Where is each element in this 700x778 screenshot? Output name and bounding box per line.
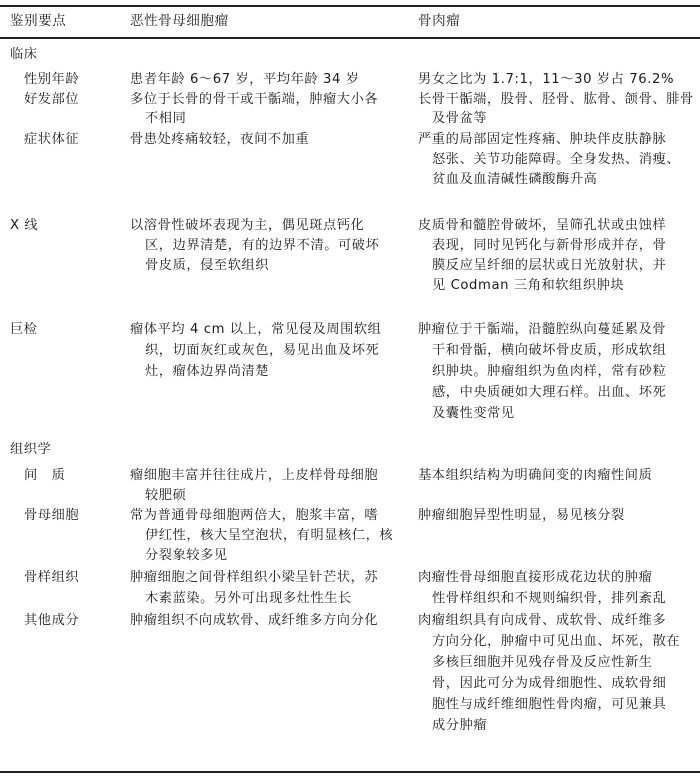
header-criteria: 鉴别要点	[10, 13, 66, 30]
cell-text: 木素蓝染。另外可出现多灶性生长	[145, 590, 352, 607]
cell-text: 区，边界清楚，有的边界不清。可破坏	[145, 237, 379, 254]
row-label: 性别年龄	[24, 71, 79, 88]
cell-text: 骨患处疼痛较轻，夜间不加重	[130, 131, 309, 148]
cell-text: 织，切面灰红或灰色，易见出血及坏死	[145, 342, 379, 359]
cell-text: 瘤体平均 4 cm 以上，常见侵及周围软组	[130, 321, 381, 338]
row-label: 好发部位	[24, 91, 79, 108]
cell-text: 多核巨细胞并见残存骨及反应性新生	[432, 654, 653, 671]
cell-text: 表现，同时见钙化与新骨形成并存，骨	[432, 237, 666, 254]
section-title: X 线	[10, 217, 38, 234]
cell-text: 肉瘤性骨母细胞直接形成花边状的肿瘤	[418, 569, 652, 586]
cell-text: 较肥硕	[145, 487, 186, 504]
row-label: 骨样组织	[24, 569, 79, 586]
cell-text: 灶，瘤体边界尚清楚	[145, 363, 269, 380]
cell-text: 骨，因此可分为成骨细胞性、成软骨细	[432, 675, 666, 692]
cell-text: 以溶骨性破坏表现为主，偶见斑点钙化	[130, 217, 364, 234]
cell-text: 见 Codman 三角和软组织肿块	[432, 277, 624, 294]
table-top-rule	[0, 5, 700, 7]
header-malignant-osteoblastoma: 恶性骨母细胞瘤	[130, 13, 229, 30]
cell-text: 方向分化，肿瘤中可见出血、坏死，散在	[432, 633, 680, 650]
row-label: 症状体征	[24, 131, 79, 148]
cell-text: 贫血及血清碱性磷酸酶升高	[432, 171, 597, 188]
cell-text: 肿瘤位于干骺端，沿髓腔纵向蔓延累及骨	[418, 321, 666, 338]
cell-text: 怒张、关节功能障碍。全身发热、消瘦、	[432, 151, 680, 168]
cell-text: 肿瘤组织不向成软骨、成纤维多方向分化	[130, 612, 378, 629]
cell-text: 肉瘤组织具有向成骨、成软骨、成纤维多	[418, 612, 666, 629]
header-osteosarcoma: 骨肉瘤	[418, 13, 460, 30]
cell-text: 肿瘤细胞异型性明显，易见核分裂	[418, 507, 625, 524]
cell-text: 严重的局部固定性疼痛、肿块伴皮肤静脉	[418, 131, 666, 148]
cell-text: 伊红性，核大呈空泡状，有明显核仁，核	[145, 527, 393, 544]
row-label: 骨母细胞	[24, 507, 79, 524]
section-title: 临床	[10, 46, 38, 63]
row-label: 间 质	[24, 467, 65, 484]
cell-text: 男女之比为 1.7:1，11～30 岁占 76.2%	[418, 71, 674, 88]
table-bottom-rule	[0, 771, 700, 773]
cell-text: 长骨干骺端，股骨、胫骨、肱骨、颌骨、腓骨	[418, 91, 694, 108]
cell-text: 常为普通骨母细胞两倍大，胞浆丰富，嗜	[130, 507, 378, 524]
cell-text: 肿瘤细胞之间骨样组织小梁呈针芒状，苏	[130, 569, 378, 586]
section-title: 巨检	[10, 321, 38, 338]
row-label: 其他成分	[24, 612, 79, 629]
cell-text: 分裂象较多见	[145, 547, 228, 564]
cell-text: 瘤细胞丰富并往往成片，上皮样骨母细胞	[130, 467, 378, 484]
cell-text: 骨皮质，侵至软组织	[145, 257, 269, 274]
cell-text: 及囊性变常见	[432, 405, 515, 422]
cell-text: 性骨样组织和不规则编织骨，排列紊乱	[432, 590, 666, 607]
cell-text: 成分肿瘤	[432, 717, 487, 734]
cell-text: 皮质骨和髓腔骨破坏，呈筛孔状或虫蚀样	[418, 217, 666, 234]
section-title: 组织学	[10, 441, 51, 458]
cell-text: 胞性与成纤维细胞性骨肉瘤，可见兼具	[432, 696, 666, 713]
cell-text: 基本组织结构为明确间变的肉瘤性间质	[418, 467, 652, 484]
cell-text: 及骨盆等	[432, 110, 487, 127]
cell-text: 患者年龄 6～67 岁，平均年龄 34 岁	[130, 71, 360, 88]
cell-text: 不相同	[145, 110, 186, 127]
cell-text: 干和骨骺，横向破坏骨皮质，形成软组	[432, 342, 666, 359]
cell-text: 多位于长骨的骨干或干骺端，肿瘤大小各	[130, 91, 378, 108]
cell-text: 织肿块。肿瘤组织为鱼肉样，常有砂粒	[432, 363, 666, 380]
cell-text: 膜反应呈纤细的层状或日光放射状，并	[432, 257, 666, 274]
cell-text: 感，中央质硬如大理石样。出血、坏死	[432, 384, 666, 401]
table-header-rule	[0, 37, 700, 39]
